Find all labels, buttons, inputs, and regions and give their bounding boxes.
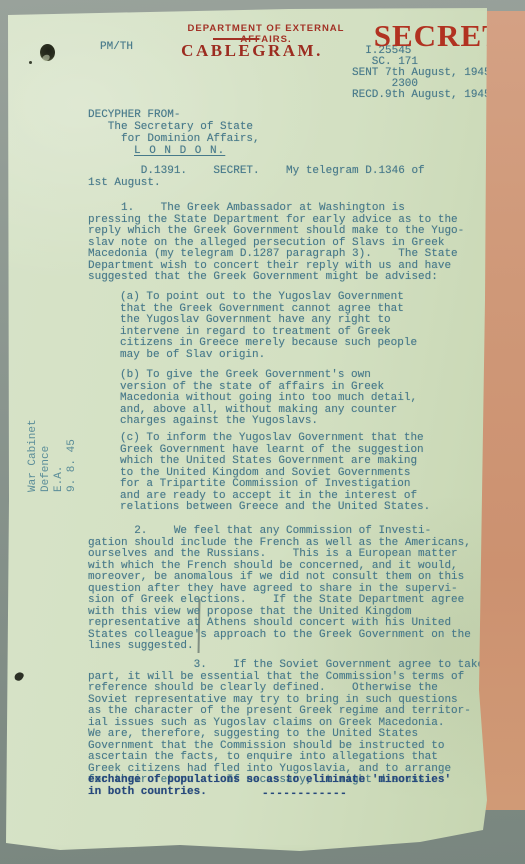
ink-blot <box>13 671 24 683</box>
cablegram-title: CABLEGRAM. <box>168 41 336 61</box>
body-paragraph-2: 2. We feel that any Commission of Invest… <box>88 526 471 653</box>
point-b: (b) To give the Greek Government's own v… <box>120 370 417 428</box>
office-reference: PM/TH <box>100 42 133 54</box>
address-city: L O N D O N. <box>134 146 225 158</box>
point-c: (c) To inform the Yugoslav Government th… <box>120 433 430 514</box>
body-paragraph-1: 1. The Greek Ambassador at Washington is… <box>88 203 464 284</box>
end-rule: ------------ <box>262 789 347 801</box>
heading-rule <box>213 38 259 40</box>
body-paragraph-3: 3. If the Soviet Government agree to tak… <box>88 660 484 787</box>
decypher-address: DECYPHER FROM- The Secretary of State fo… <box>88 109 260 146</box>
telegram-reference: D.1391. SECRET. My telegram D.1346 of 1s… <box>88 166 425 189</box>
ink-speck <box>29 61 32 64</box>
war-cabinet-date-stamp: War Cabinet Defence E.A. 9. 8. 45 <box>27 382 79 492</box>
cablegram-page: PM/TH DEPARTMENT OF EXTERNAL AFFAIRS. CA… <box>0 0 525 864</box>
registry-block: I.25545 SC. 171 SENT 7th August, 1945. 2… <box>352 46 497 101</box>
point-a: (a) To point out to the Yugoslav Governm… <box>120 292 417 361</box>
